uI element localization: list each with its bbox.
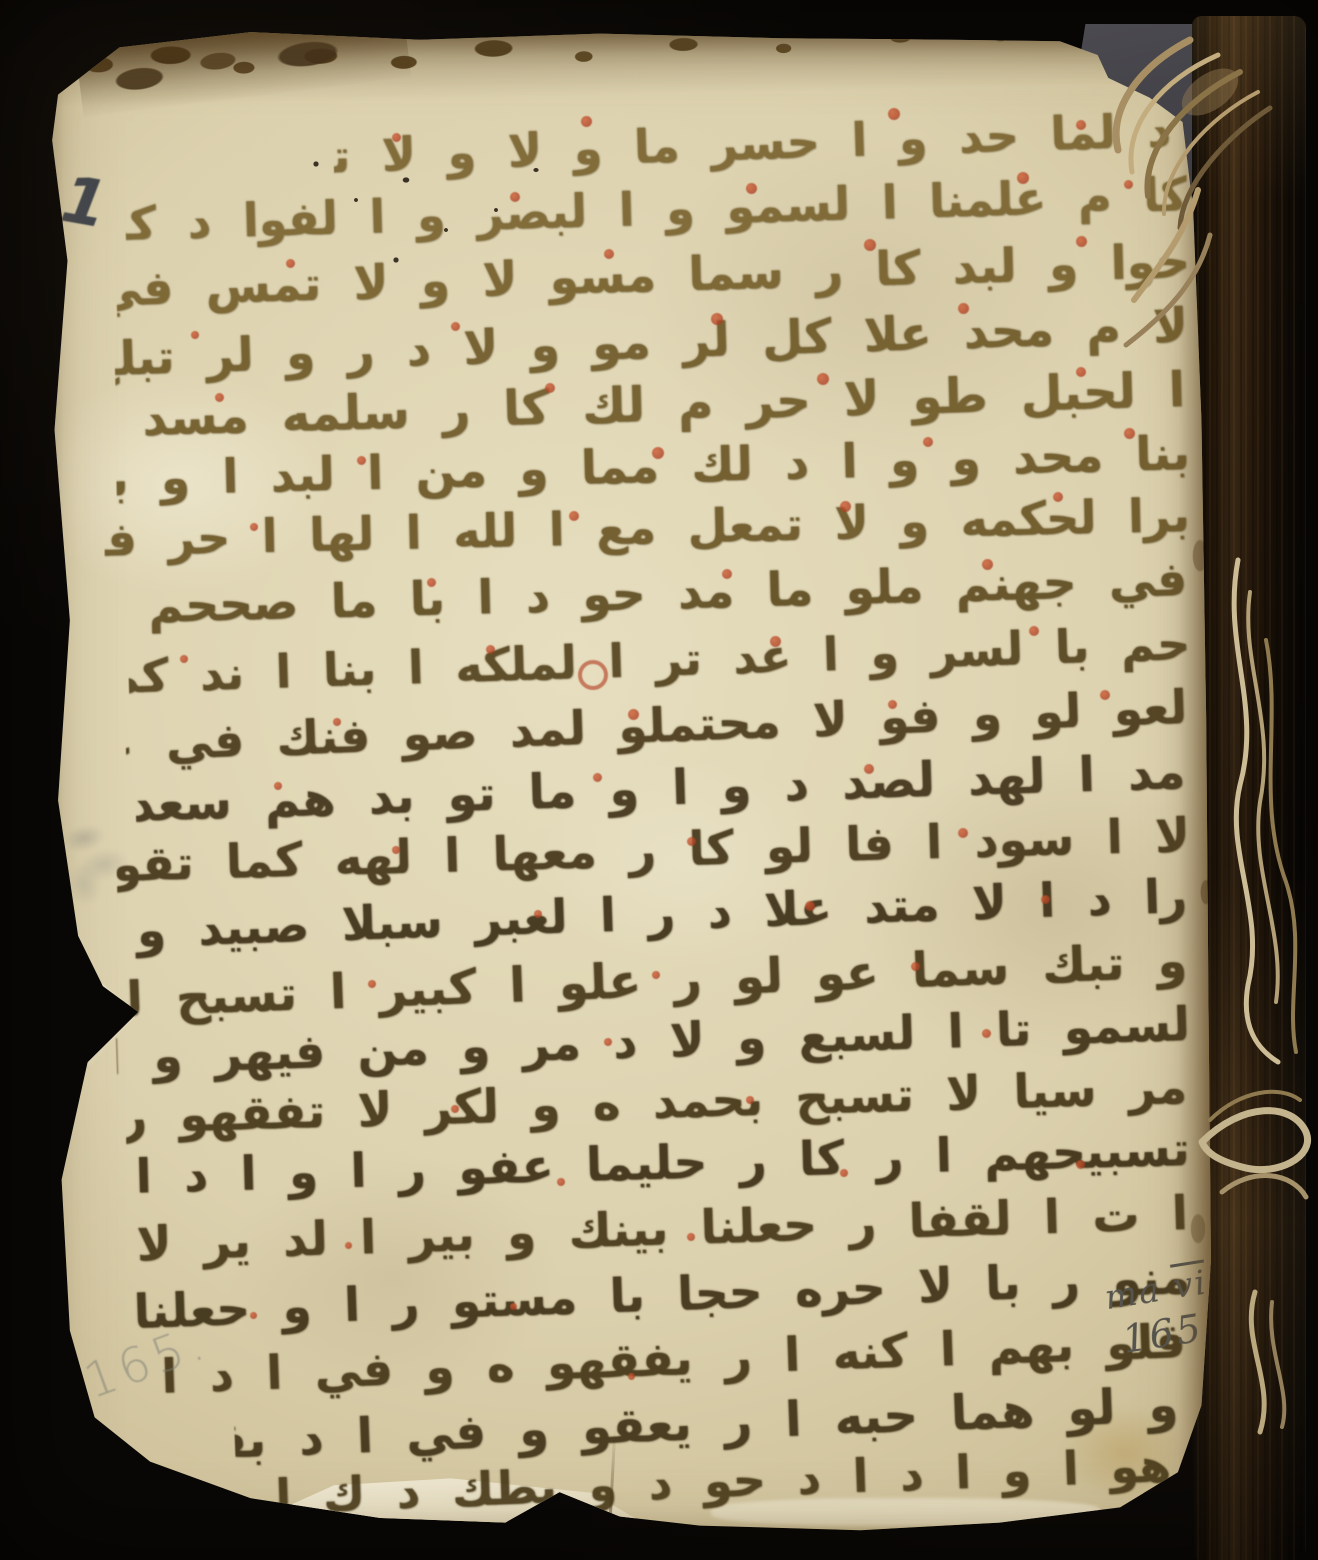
red-vocalization-dot: [628, 1373, 635, 1380]
red-vocalization-dot: [840, 1169, 848, 1177]
red-vocalization-dot: [1029, 626, 1039, 636]
red-vocalization-dot: [486, 645, 495, 654]
red-vocalization-dot: [1076, 236, 1087, 247]
red-vocalization-dot: [534, 910, 542, 918]
red-vocalization-dot: [557, 1178, 565, 1186]
red-vocalization-dot: [746, 183, 757, 194]
red-vocalization-dot: [274, 782, 282, 790]
red-vocalization-dot: [1076, 367, 1086, 377]
red-vocalization-dot: [180, 655, 188, 663]
red-vocalization-dot: [864, 239, 876, 251]
red-vocalization-dot: [250, 1312, 257, 1319]
red-vocalization-dot: [770, 636, 781, 647]
shelfmark-annotation: ma vi 165: [1101, 1262, 1217, 1363]
red-vocalization-dot: [652, 447, 664, 459]
red-vocalization-dot: [1076, 1160, 1085, 1169]
red-vocalization-dot: [368, 980, 376, 988]
red-vocalization-dot: [923, 437, 933, 447]
red-vocalization-dot: [357, 456, 366, 465]
red-vocalization-dot: [888, 700, 897, 709]
red-vocalization-dot: [604, 249, 614, 259]
red-vocalization-dot: [392, 133, 401, 142]
red-vocalization-dot: [746, 1096, 754, 1104]
red-vocalization-dot: [958, 303, 969, 314]
red-vocalization-dot: [711, 313, 723, 325]
manuscript-page: د لما حد و ا حسر ما و لا و لا تعم ما لنر…: [38, 26, 1218, 1550]
red-vocalization-dot: [722, 569, 732, 579]
shelfmark-prefix: ma: [1101, 1269, 1163, 1317]
red-vocalization-dot: [864, 764, 874, 774]
red-vocalization-dot: [191, 331, 199, 339]
red-vocalization-dot: [805, 901, 815, 911]
shelfmark-roman-numeral: vi: [1170, 1262, 1210, 1307]
red-vocalization-dot: [250, 523, 258, 531]
red-vocalization-dot: [286, 259, 295, 268]
red-vocalization-dot: [581, 116, 592, 127]
red-vocalization-dot: [958, 828, 968, 838]
red-vocalization-dot: [1053, 492, 1063, 502]
red-vocalization-dot: [451, 322, 460, 331]
red-vocalization-dot: [451, 1105, 459, 1113]
red-vocalization-dot: [982, 1029, 991, 1038]
red-vocalization-dot: [392, 846, 400, 854]
red-vocalization-dot: [888, 108, 900, 120]
red-vocalization-dot: [982, 559, 993, 570]
red-dots-layer: [38, 26, 1218, 1550]
red-vocalization-dot: [427, 578, 436, 587]
red-vocalization-dot: [652, 971, 660, 979]
red-vocalization-dot: [687, 1233, 695, 1241]
red-vocalization-dot: [911, 962, 920, 971]
manuscript-photograph: د لما حد و ا حسر ما و لا و لا تعم ما لنر…: [0, 0, 1318, 1560]
red-vocalization-dot: [604, 1038, 612, 1046]
red-vocalization-dot: [333, 718, 341, 726]
red-vocalization-dot: [1017, 172, 1029, 184]
red-vocalization-dot: [593, 773, 602, 782]
red-vocalization-dot: [545, 383, 555, 393]
red-vocalization-dot: [628, 709, 639, 720]
red-vocalization-dot: [1124, 180, 1133, 189]
red-vocalization-dot: [1124, 428, 1135, 439]
red-vocalization-dot: [510, 1303, 517, 1310]
book-spine: [1192, 16, 1306, 1560]
red-vocalization-dot: [817, 373, 829, 385]
red-vocalization-dot: [1100, 690, 1110, 700]
red-vocalization-dot: [1076, 120, 1086, 130]
red-vocalization-dot: [1041, 895, 1050, 904]
red-vocalization-dot: [687, 837, 696, 846]
red-vocalization-dot: [510, 192, 520, 202]
red-vocalization-dot: [345, 1242, 352, 1249]
red-vocalization-dot: [569, 511, 579, 521]
red-vocalization-dot: [215, 393, 224, 402]
red-vocalization-dot: [840, 501, 851, 512]
